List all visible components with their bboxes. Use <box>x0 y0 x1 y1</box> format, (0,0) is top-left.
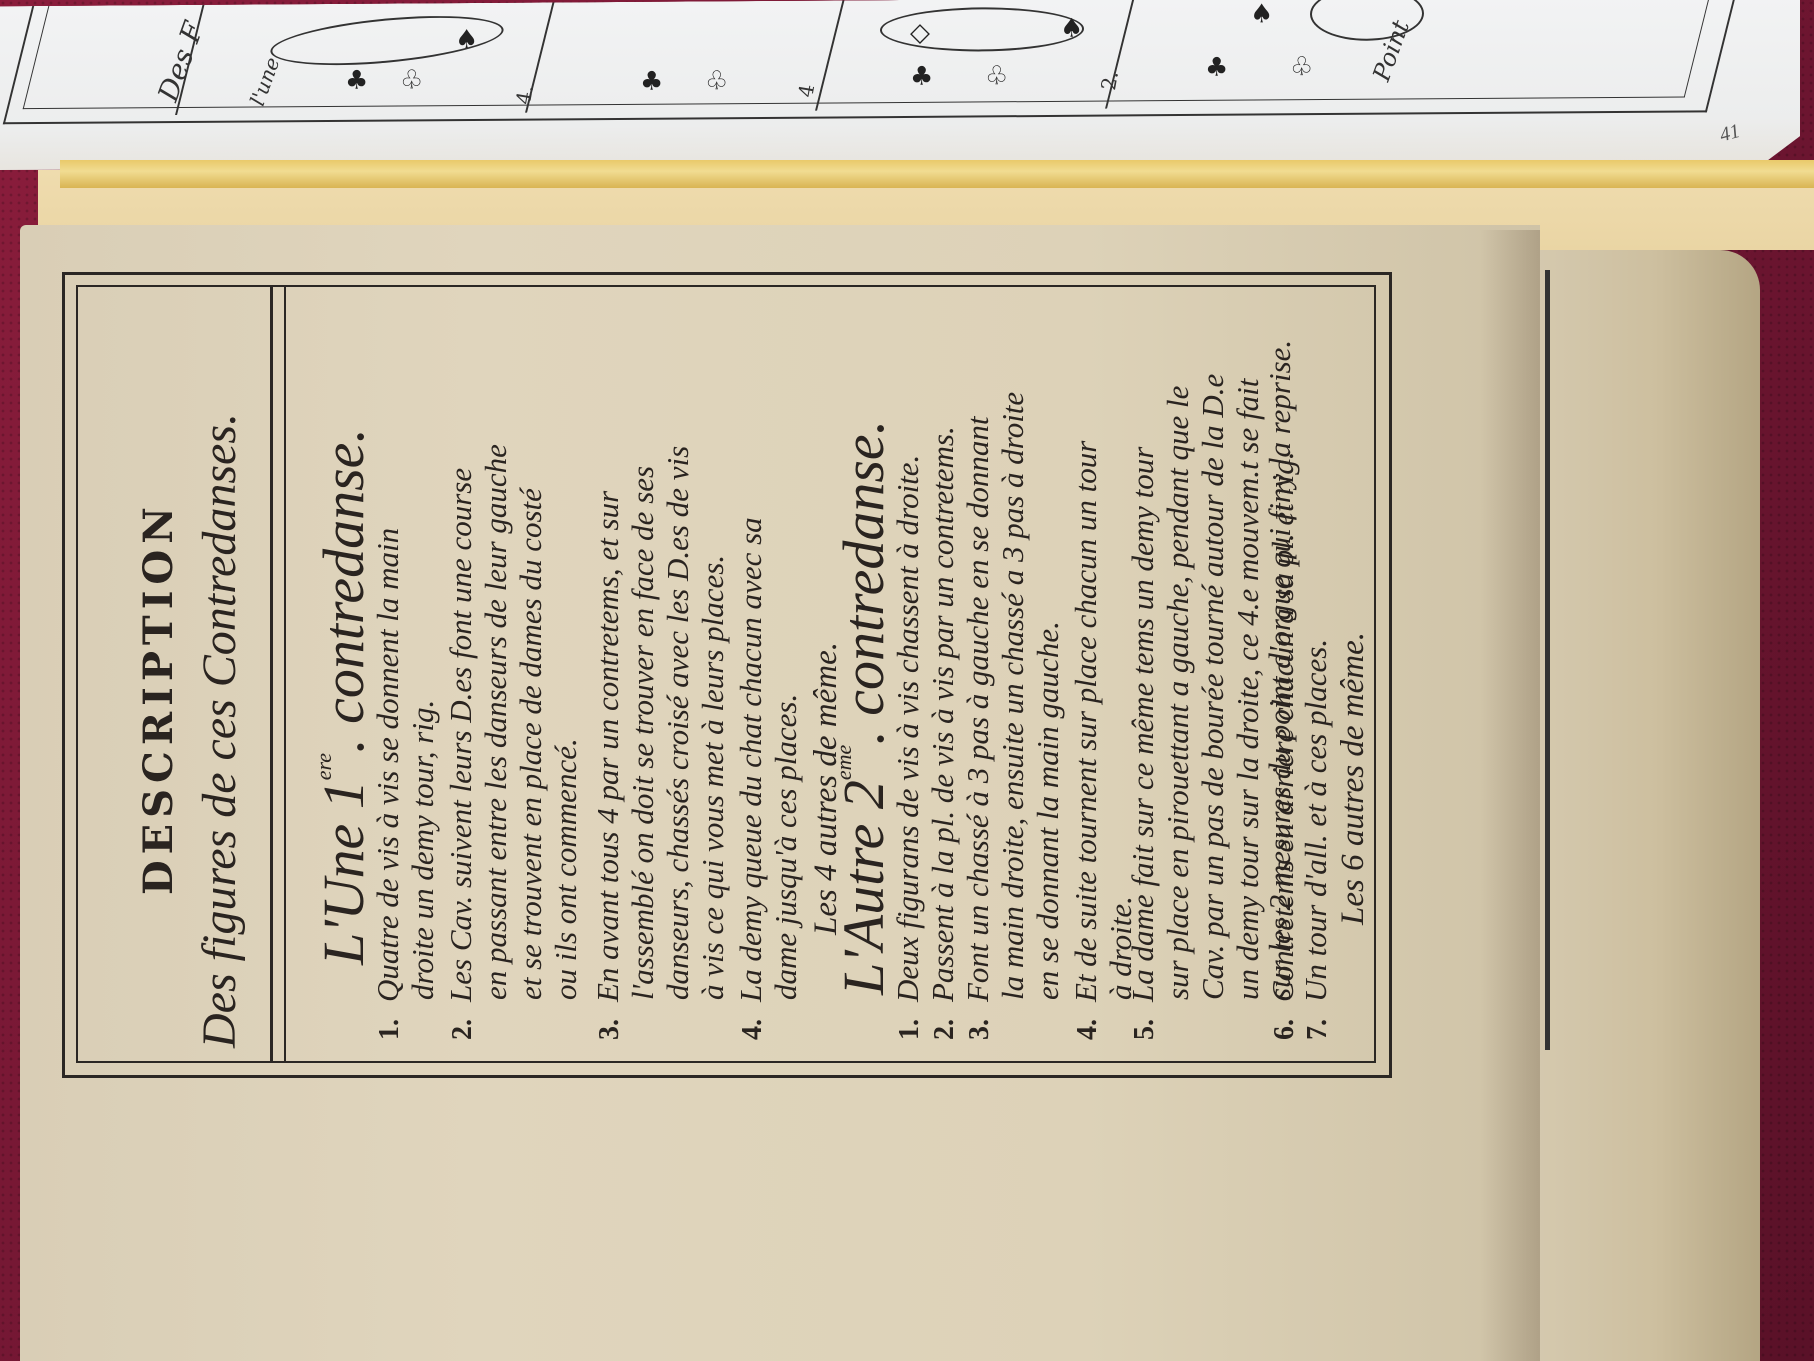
list-item-continuation: dame jusqu'à ces places. <box>768 694 804 1000</box>
list-item-continuation: un demy tour sur la droite, ce 4.e mouve… <box>1230 379 1266 1000</box>
section-heading-2: L'Autre 2eme. contredanse. <box>830 420 897 995</box>
list-item: 2.Passent à la pl. de vis à vis par un c… <box>925 426 961 1040</box>
list-item-continuation: danseurs, chassés croisé avec les D.es d… <box>660 446 696 1000</box>
club-outline-icon: ♧ <box>400 65 423 95</box>
gilt-page-edge <box>60 160 1814 188</box>
list-item-continuation: l'assemblé on doit se trouver en face de… <box>625 466 661 1000</box>
list-item: 3.Font un chassé à 3 pas à gauche en se … <box>960 417 996 1040</box>
figure-number: 4. <box>511 83 538 106</box>
list-item-continuation: la main droite, ensuite un chassé a 3 pa… <box>995 392 1031 1000</box>
list-item-continuation: droite un demy tour, rig. <box>405 700 441 1000</box>
spade-filled-icon: ♠ <box>1060 14 1083 44</box>
facing-page-number: 41 <box>1717 120 1742 147</box>
list-item-continuation: à vis ce qui vous met à leurs places. <box>695 555 731 1000</box>
section-heading-1: L'Une 1ere. contredanse. <box>310 428 377 965</box>
document-subtitle: Des figures de ces Contredanses. <box>192 413 247 1048</box>
list-item-continuation: en passant entre les danseurs de leur ga… <box>478 444 514 1000</box>
list-item: 2.Les Cav. suivent leurs D.es font une c… <box>443 468 479 1040</box>
club-outline-icon: ♧ <box>705 66 728 96</box>
club-filled-icon: ♣ <box>640 67 663 97</box>
list-item: 1.Quatre de vis à vis se donnent la main <box>370 528 406 1040</box>
title-divider <box>270 285 273 1063</box>
list-item-continuation: sur place en pirouettant a gauche, penda… <box>1160 386 1196 1000</box>
list-item: 6.Contretems en arriere chacun a sa pl. … <box>1265 452 1301 1040</box>
list-item: 1.Deux figurans de vis à vis chassent à … <box>890 455 926 1040</box>
list-item-continuation: en se donnant la main gauche. <box>1030 621 1066 1000</box>
list-item-continuation: Cav. par un pas de bourée tourné autour … <box>1195 374 1231 1000</box>
title-divider <box>284 285 286 1063</box>
list-item: 3.En avant tous 4 par un contretems, et … <box>590 491 626 1040</box>
list-item: 5.La dame fait sur ce même tems un demy … <box>1125 447 1161 1040</box>
club-outline-icon: ♧ <box>985 61 1008 91</box>
document-title: DESCRIPTION <box>135 501 182 895</box>
list-item: 4.La demy queue du chat chacun avec sa <box>733 517 769 1040</box>
club-filled-icon: ♣ <box>1205 53 1228 83</box>
facing-page-diagrams: Des F l'une Point 4. 4 2. ♣ ♧ ♣ ♧ ♣ ♧ ♣ … <box>0 0 1800 184</box>
list-item-continuation: et se trouvent en place de dames du cost… <box>513 488 549 1000</box>
club-filled-icon: ♣ <box>910 62 933 92</box>
spade-filled-icon: ♠ <box>455 25 478 55</box>
diamond-outline-icon: ◇ <box>910 18 930 48</box>
figure-number: 2. <box>1096 69 1123 92</box>
list-item-continuation: ou ils ont commencé. <box>548 738 584 1000</box>
club-outline-icon: ♧ <box>1290 52 1313 82</box>
club-filled-icon: ♣ <box>345 66 368 96</box>
section-closing: Les 6 autres de même. <box>1335 632 1372 925</box>
list-item: 4.Et de suite tournent sur place chacun … <box>1068 441 1104 1040</box>
list-item: 7.Un tour d'all. et à ces places. <box>1298 639 1334 1040</box>
gutter-shadow <box>1480 230 1540 1361</box>
next-page-rule <box>1545 270 1550 1050</box>
spade-filled-icon: ♠ <box>1250 0 1273 30</box>
